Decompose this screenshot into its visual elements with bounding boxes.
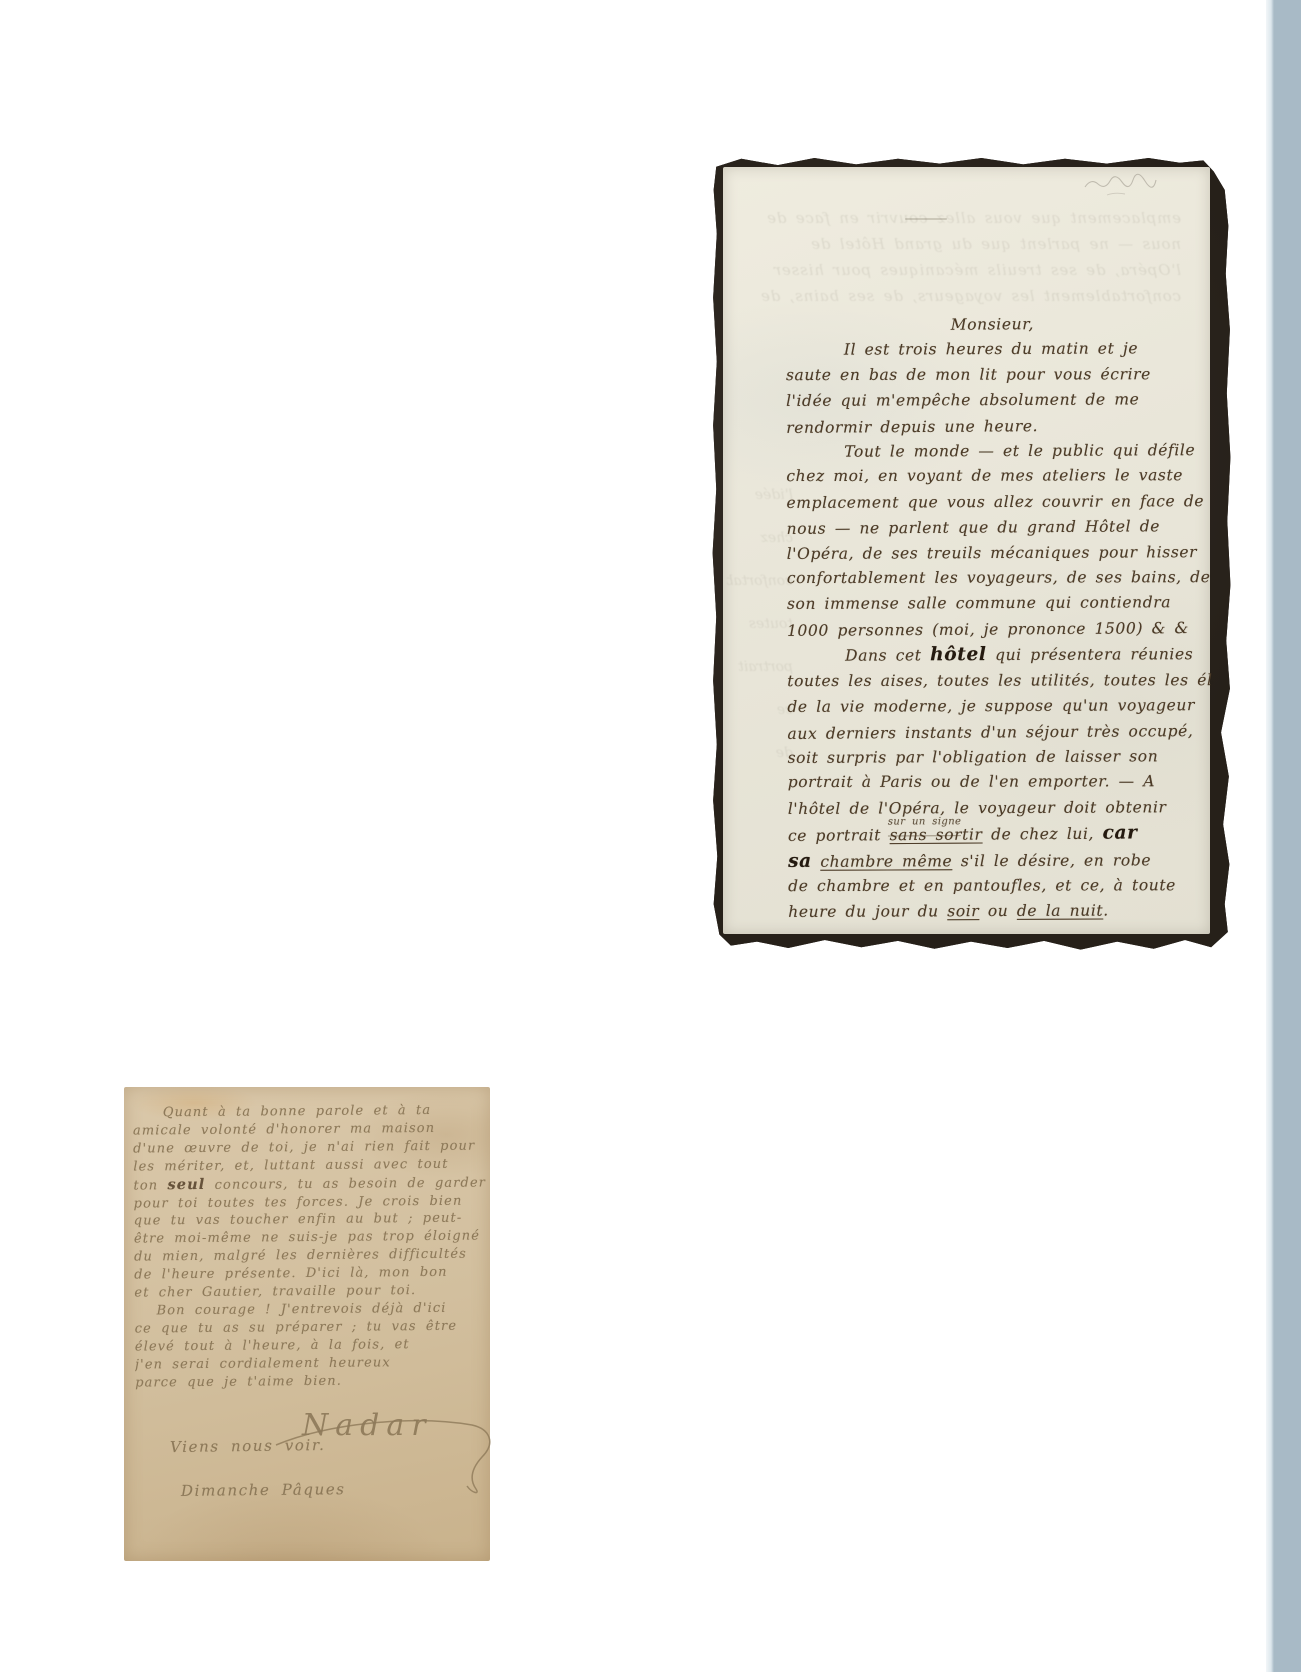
plain-letter-paper: Quant à ta bonne parole et à taamicale v… [124,1087,490,1561]
letter-line: son immense salle commune qui contiendra [787,591,1212,618]
postscript-line: Dimanche Pâques [181,1480,346,1500]
letter-line: Monsieur, [786,311,1211,339]
show-through-ghost-text: emplacement que vous allez couvrir en fa… [741,205,1181,309]
letter-line: de chambre et en pantoufles, et ce, à to… [788,873,1213,899]
show-through-margin-text: l'idéechezconfortablementtoutesportraitc… [727,487,793,788]
letter-line: aux derniers instants d'un séjour très o… [787,718,1212,746]
postscript-line: Viens nous voir. [170,1436,326,1456]
letter-line: emplacement que vous allez couvrir en fa… [786,489,1211,516]
letter-line: l'idée qui m'empêche absolument de me [786,387,1211,414]
letter-line: heure du jour du soir ou de la nuit. [788,898,1213,925]
side-band [1266,0,1301,1672]
letter-line: portrait à Paris ou de l'en emporter. — … [788,769,1213,795]
letter-line: ce portrait sans sortir de chez lui, car [788,820,1213,849]
letter-line: de l'heure présente. D'ici là, mon bon [134,1264,486,1285]
letter-line: ton seul concours, tu as besoin de garde… [133,1173,485,1195]
letter-line: de la vie moderne, je suppose qu'un voya… [787,693,1212,720]
letter-line: nous — ne parlent que du grand Hôtel de [787,514,1212,542]
letter-line: sa chambre même s'il le désire, en robe [788,847,1213,875]
letter-line: rendormir depuis une heure. [786,413,1211,441]
letter-line: l'hôtel de l'Opéra, le voyageur doit obt… [788,795,1213,822]
pencil-annotation-icon [1081,169,1165,201]
catalog-page: emplacement que vous allez couvrir en fa… [0,0,1301,1672]
letter-line: chez moi, en voyant de mes ateliers le v… [786,464,1211,490]
letter-handwriting: Quant à ta bonne parole et à taamicale v… [133,1101,487,1392]
letter-line: Il est trois heures du matin et je [786,336,1211,363]
letter-line: 1000 personnes (moi, je prononce 1500) &… [787,616,1212,644]
letter-line: confortablement les voyageurs, de ses ba… [787,565,1212,591]
letter-handwriting: sur un signe Monsieur,Il est trois heure… [786,311,1214,926]
letter-line: l'Opéra, de ses treuils mécaniques pour … [787,540,1212,567]
letter-line: saute en bas de mon lit pour vous écrire [786,362,1211,388]
letter-paper: emplacement que vous allez couvrir en fa… [723,167,1210,934]
fold-mark [905,218,947,220]
framed-letter-photo: emplacement que vous allez couvrir en fa… [710,154,1232,952]
letter-line: soit surpris par l'obligation de laisser… [788,744,1213,771]
letter-line: toutes les aises, toutes les utilités, t… [787,668,1212,694]
letter-line: Tout le monde — et le public qui défile [786,438,1211,465]
letter-line: ce que tu as su préparer ; tu vas être [135,1317,487,1338]
letter-line: Dans cet hôtel qui présentera réunies [787,641,1212,669]
